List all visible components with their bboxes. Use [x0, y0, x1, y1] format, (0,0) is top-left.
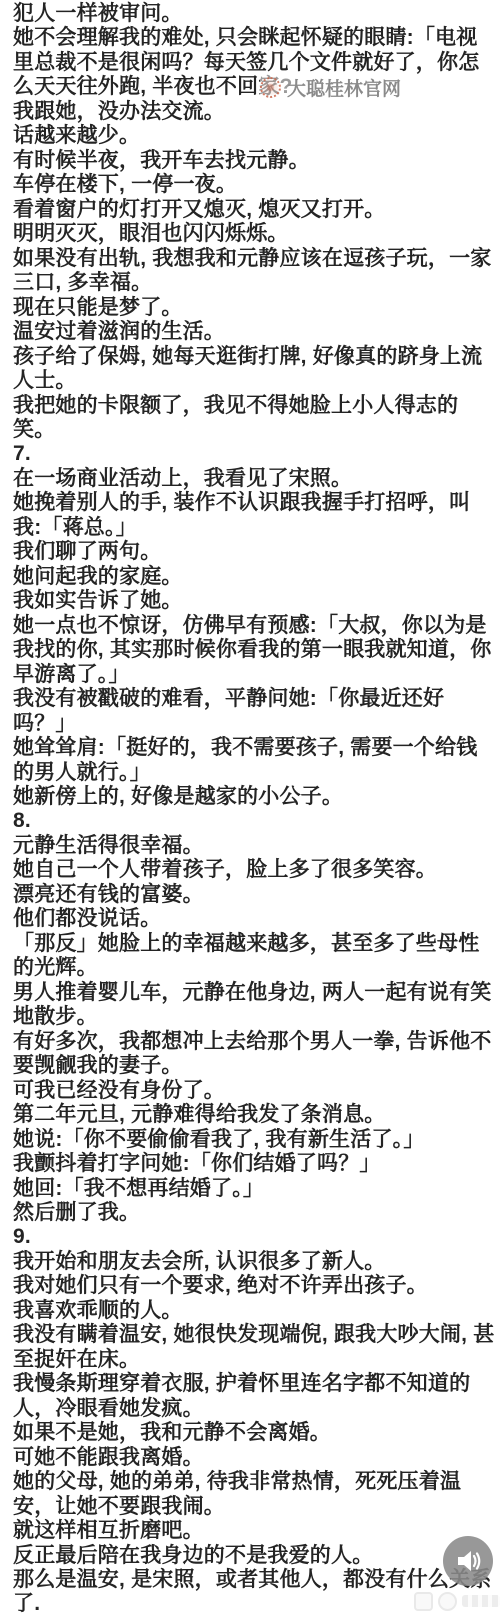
story-line: 地散步。 — [13, 1005, 500, 1029]
site-watermark: 大聪桂林官网 — [260, 74, 405, 100]
story-line: 7. — [13, 442, 500, 466]
story-line: 我慢条斯理穿着衣服, 护着怀里连名字都不知道的 — [13, 1372, 500, 1396]
story-line: 孩子给了保姆, 她每天逛街打牌, 好像真的跻身上流 — [13, 345, 500, 369]
story-line: 有好多次，我都想冲上去给那个男人一拳, 告诉他不 — [13, 1030, 500, 1054]
watermark-text-blur — [462, 1595, 500, 1607]
story-line: 他们都没说话。 — [13, 907, 500, 931]
story-line: 现在只能是梦了。 — [13, 296, 500, 320]
story-line: 在一场商业活动上，我看见了宋照。 — [13, 467, 500, 491]
story-line: 反正最后陪在我身边的不是我爱的人。 — [13, 1544, 500, 1568]
story-line: 然后删了我。 — [13, 1201, 500, 1225]
story-line: 温安过着滋润的生活。 — [13, 320, 500, 344]
story-line: 要觊觎我的妻子。 — [13, 1054, 500, 1078]
story-line: 笑。 — [13, 418, 500, 442]
story-line: 我跟她，没办法交流。 — [13, 100, 500, 124]
story-line: 安，让她不要跟我闹。 — [13, 1495, 500, 1519]
story-line: 我如实告诉了她。 — [13, 589, 500, 613]
story-line: 话越来越少。 — [13, 124, 500, 148]
story-line: 么天天往外跑, 半夜也不回家? — [13, 75, 500, 99]
story-line: 我没有瞒着温安, 她很快发现端倪, 跟我大吵大闹, 甚 — [13, 1323, 500, 1347]
story-line: 我没有被戳破的难看，平静问她:「你最近还好 — [13, 687, 500, 711]
story-line: 她说:「你不要偷偷看我了, 我有新生活了。」 — [13, 1128, 500, 1152]
seal-logo-icon — [260, 77, 281, 98]
story-line: 的男人就行。」 — [13, 761, 500, 785]
story-line: 「那反」她脸上的幸福越来越多，甚至多了些母性 — [13, 932, 500, 956]
story-line: 那么是温安, 是宋照，或者其他人，都没有什么关系 — [13, 1568, 500, 1592]
story-line: 至捉奸在床。 — [13, 1348, 500, 1372]
story-line: 可我已经没有身份了。 — [13, 1079, 500, 1103]
story-line: 她回:「我不想再结婚了。」 — [13, 1177, 500, 1201]
story-line: 9. — [13, 1225, 500, 1249]
story-line: 我开始和朋友去会所, 认识很多了新人。 — [13, 1250, 500, 1274]
story-line: 如果没有出轨, 我想我和元静应该在逗孩子玩，一家 — [13, 247, 500, 271]
story-line: 她自己一个人带着孩子，脸上多了很多笑容。 — [13, 858, 500, 882]
story-line: 的光辉。 — [13, 956, 500, 980]
story-line: 她的父母, 她的弟弟, 待我非常热情，死死压着温 — [13, 1470, 500, 1494]
story-line: 就这样相互折磨吧。 — [13, 1519, 500, 1543]
story-line: 我找的你, 其实那时候你看我的第一眼我就知道，你 — [13, 638, 500, 662]
story-text: 犯人一样被审问。她不会理解我的难处, 只会眯起怀疑的眼睛:「电视里总裁不是很闲吗… — [13, 2, 500, 1616]
story-line: 她新傍上的, 好像是越家的小公子。 — [13, 785, 500, 809]
story-line: 元静生活得很幸福。 — [13, 834, 500, 858]
story-line: 犯人一样被审问。 — [13, 2, 500, 26]
story-line: 里总裁不是很闲吗？每天签几个文件就好了，你怎 — [13, 51, 500, 75]
story-line: 我喜欢乖顺的人。 — [13, 1299, 500, 1323]
speaker-icon — [454, 1547, 482, 1575]
story-line: 可她不能跟我离婚。 — [13, 1446, 500, 1470]
site-watermark-label: 大聪桂林官网 — [287, 74, 401, 101]
story-line: 我:「蒋总。」 — [13, 516, 500, 540]
story-line: 我颤抖着打字问她:「你们结婚了吗？」 — [13, 1152, 500, 1176]
camera-icon — [414, 1592, 433, 1611]
story-line: 我们聊了两句。 — [13, 540, 500, 564]
story-line: 她挽着别人的手, 装作不认识跟我握手打招呼，叫 — [13, 491, 500, 515]
story-line: 人，冷眼看她发疯。 — [13, 1397, 500, 1421]
story-line: 有时候半夜，我开车去找元静。 — [13, 149, 500, 173]
story-line: 第二年元旦, 元静难得给我发了条消息。 — [13, 1103, 500, 1127]
story-line: 男人推着婴儿车，元静在他身边, 两人一起有说有笑 — [13, 981, 500, 1005]
story-line: 看着窗户的灯打开又熄灭, 熄灭又打开。 — [13, 198, 500, 222]
story-line: 漂亮还有钱的富婆。 — [13, 883, 500, 907]
story-line: 8. — [13, 809, 500, 833]
photo-watermark — [414, 1590, 500, 1612]
story-line: 早游离了。」 — [13, 663, 500, 687]
audio-badge[interactable] — [443, 1536, 493, 1586]
story-line: 人士。 — [13, 369, 500, 393]
story-line: 她不会理解我的难处, 只会眯起怀疑的眼睛:「电视 — [13, 26, 500, 50]
story-line: 她问起我的家庭。 — [13, 565, 500, 589]
story-line: 我对她们只有一个要求, 绝对不许弄出孩子。 — [13, 1274, 500, 1298]
story-line: 她一点也不惊讶，仿佛早有预感:「大叔，你以为是 — [13, 614, 500, 638]
story-line: 我把她的卡限额了，我见不得她脸上小人得志的 — [13, 394, 500, 418]
app-logo-icon — [438, 1592, 457, 1611]
story-line: 车停在楼下, 一停一夜。 — [13, 173, 500, 197]
story-line: 她耸耸肩:「挺好的，我不需要孩子, 需要一个给钱 — [13, 736, 500, 760]
story-line: 三口, 多幸福。 — [13, 271, 500, 295]
story-line: 吗？」 — [13, 712, 500, 736]
story-line: 明明灭灭，眼泪也闪闪烁烁。 — [13, 222, 500, 246]
story-line: 如果不是她，我和元静不会离婚。 — [13, 1421, 500, 1445]
